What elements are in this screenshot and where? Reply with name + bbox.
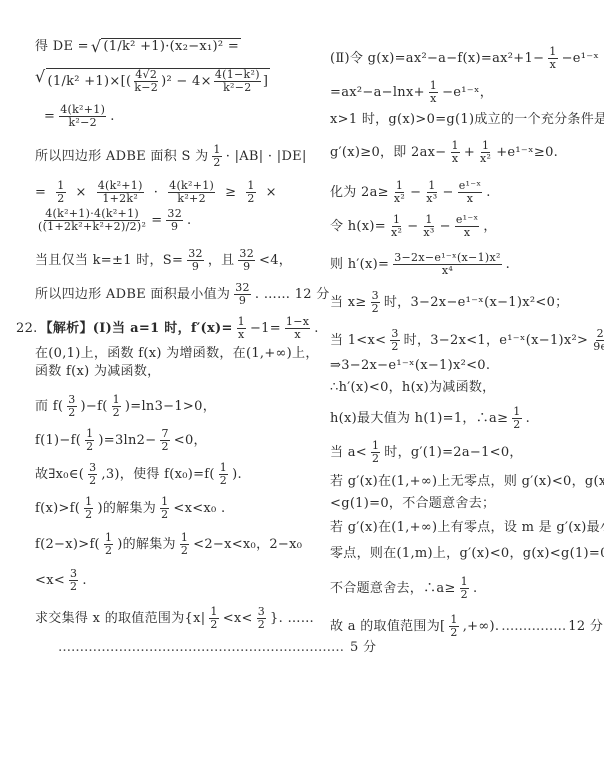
mid-text: ，且 <box>208 253 235 269</box>
eq-sign: = <box>44 109 55 125</box>
solution-set-line-3: <x< 32 . <box>35 568 87 593</box>
line-text: x>1 时，g(x)>0=g(1)成立的一个充分条件是： <box>330 112 604 128</box>
mid-text: )−f( <box>81 399 108 415</box>
sqrt-expression: √ (1/k² +1)× [( 4√2k−2 )² − 4× 4(1−k²)k²… <box>35 68 270 94</box>
case-between-line: 当 1<x< 32 时，3−2x<1，e¹⁻ˣ(x−1)x²> 29e >1 <box>330 328 604 353</box>
operator: − <box>443 185 454 201</box>
question-number: 22. <box>16 321 38 337</box>
eq-sign: = <box>151 213 162 229</box>
fraction: 329 <box>234 282 251 307</box>
tail-text: −e¹⁻ˣ <box>562 51 600 67</box>
fraction: 32 <box>390 328 399 353</box>
operator: · <box>154 185 158 201</box>
paren-open: [( <box>121 74 132 90</box>
mid-text: − <box>407 219 418 235</box>
score-label: 12 分 <box>568 619 603 635</box>
line-prefix: 得 DE = <box>35 39 89 55</box>
fraction: 12 <box>112 394 121 419</box>
exists-line: 故∃x₀∈( 32 ,3)，使得 f(x₀)=f( 12 ). <box>35 462 242 487</box>
compare-line-1: 而 f( 32 )−f( 12 )=ln3−1>0， <box>35 394 216 419</box>
tail-text: <2−x<x₀，2−x₀ <box>193 537 302 553</box>
fraction: 1x <box>429 80 438 105</box>
mid-text: )=3ln2− <box>98 433 156 449</box>
fraction: 12 <box>180 532 189 557</box>
tail-text: ). <box>232 467 242 483</box>
g-expand-line: =ax²−a−lnx+ 1x −e¹⁻ˣ， <box>330 80 493 105</box>
line-text: f(2−x)>f( <box>35 537 100 553</box>
sufficient-cond-line: x>1 时，g(x)>0=g(1)成立的一个充分条件是： <box>330 112 604 128</box>
line-text: 在(0,1)上，函数 f(x) 为增函数，在(1,+∞)上， <box>35 346 319 362</box>
fraction: 329 <box>238 248 255 273</box>
tail-text: . <box>82 573 86 589</box>
tail-text: <0， <box>174 433 207 449</box>
implies-line: ⇒3−2x−e¹⁻ˣ(x−1)x²<0. <box>330 358 490 374</box>
fraction: 4(k²+1)k²+2 <box>168 180 215 205</box>
compare-line-2: f(1)−f( 12 )=3ln2− 72 <0， <box>35 428 207 453</box>
de-expand-line: √ (1/k² +1)× [( 4√2k−2 )² − 4× 4(1−k²)k²… <box>35 68 270 94</box>
fraction: 12 <box>104 532 113 557</box>
line-text: 零点，则在(1,m)上，g′(x)<0，g(x)<g(1)=0， <box>330 546 604 562</box>
area-def-line: 所以四边形 ADBE 面积 S 为 12 · |AB| · |DE| <box>35 144 307 169</box>
tail-text: ， <box>483 219 496 235</box>
fraction: 4(k²+1)·4(k²+1)((1+2k²+k²+2)/2)² <box>37 208 147 233</box>
tail-text: <4， <box>259 253 292 269</box>
fraction: 32 <box>371 290 380 315</box>
tail-text: . <box>486 185 490 201</box>
line-text: h(x)最大值为 h(1)=1，∴a≥ <box>330 411 508 427</box>
fraction: 3−2x−e¹⁻ˣ(x−1)x²x⁴ <box>393 252 501 277</box>
radical-icon: √ <box>91 38 102 56</box>
fraction: 12 <box>209 606 218 631</box>
line-text: 若 g′(x)在(1,+∞)上有零点，设 m 是 g′(x)最小 <box>330 520 604 536</box>
radical-icon: √ <box>35 68 46 86</box>
fraction: 1x <box>451 140 460 165</box>
case-ge-line: 当 x≥ 32 时，3−2x−e¹⁻ˣ(x−1)x²<0； <box>330 290 568 315</box>
fraction: 4(k²+1)1+2k² <box>97 180 144 205</box>
line-text: 【解析】(Ⅰ)当 a=1 时，f′(x)= <box>40 321 233 337</box>
line-text: =ax²−a−lnx+ <box>330 85 425 101</box>
fraction: 1x² <box>390 214 403 239</box>
solution-set-line-1: f(x)>f( 12 )的解集为 12 <x<x₀ . <box>35 496 225 521</box>
line-text: <x< <box>35 573 65 589</box>
fraction: 4√2k−2 <box>133 69 159 94</box>
fraction: 1x³ <box>422 214 435 239</box>
fraction: 12 <box>371 440 380 465</box>
fraction: 12 <box>85 428 94 453</box>
tail-text: −e¹⁻ˣ， <box>442 85 493 101</box>
reduce-line: 化为 2a≥ 1x² − 1x³ − e¹⁻ˣx . <box>330 180 491 205</box>
sqrt-prefix: (1/k² +1)× <box>48 74 121 90</box>
line-text: ∴h′(x)<0，h(x)为减函数， <box>330 380 495 396</box>
tail-text: . <box>526 411 530 427</box>
has-zero-line-2: 零点，则在(1,m)上，g′(x)<0，g(x)<g(1)=0， <box>330 546 604 562</box>
operator: × <box>76 185 87 201</box>
de-result-line: = 4(k²+1)k²−2 . <box>44 104 115 129</box>
fraction: 12 <box>160 496 169 521</box>
fraction: 1x² <box>479 140 492 165</box>
solution-set-line-2: f(2−x)>f( 12 )的解集为 12 <2−x<x₀，2−x₀ <box>35 532 302 557</box>
fraction: 12 <box>84 496 93 521</box>
line-text: 当且仅当 k=±1 时，S= <box>35 253 183 269</box>
min-area-line: 所以四边形 ADBE 面积最小值为 329 . …… 12 分 <box>35 282 330 307</box>
fraction: 1x <box>548 46 557 71</box>
line-text: 令 h(x)= <box>330 219 386 235</box>
line-text: g′(x)≥0，即 2ax− <box>330 145 447 161</box>
fraction: 4(1−k²)k²−2 <box>214 69 261 94</box>
fraction: 12 <box>449 614 458 639</box>
tail-text: . <box>110 109 114 125</box>
sqrt-expression: √ (1/k² +1)·(x₂−x₁)² = <box>91 38 241 56</box>
fraction: 12 <box>460 576 469 601</box>
line-text: 若 g′(x)在(1,+∞)上无零点，则 g′(x)<0，g(x) <box>330 474 604 490</box>
decreasing-line: ∴h′(x)<0，h(x)为减函数， <box>330 380 495 396</box>
fraction: 12 <box>219 462 228 487</box>
operator: ≥ <box>225 185 236 201</box>
fraction: 329 <box>187 248 204 273</box>
fraction: 12 <box>56 180 65 205</box>
fraction: 12 <box>246 180 255 205</box>
line-text: ⇒3−2x−e¹⁻ˣ(x−1)x²<0. <box>330 358 490 374</box>
tail-text: )=ln3−1>0， <box>125 399 216 415</box>
fraction: 72 <box>160 428 169 453</box>
mid-text: + <box>464 145 475 161</box>
tail-text: +e¹⁻ˣ≥0. <box>496 145 558 161</box>
operator: − <box>440 219 451 235</box>
fraction: 1x² <box>393 180 406 205</box>
mid-text: )的解集为 <box>97 501 156 517</box>
reject-line: 不合题意舍去，∴a≥ 12 . <box>330 576 477 601</box>
line-text: (Ⅱ)令 g(x)=ax²−a−f(x)=ax²+1− <box>330 51 544 67</box>
h-max-line: h(x)最大值为 h(1)=1，∴a≥ 12 . <box>330 406 530 431</box>
line-text: 所以四边形 ADBE 面积 S 为 <box>35 149 208 165</box>
line-text: 所以四边形 ADBE 面积最小值为 <box>35 287 230 303</box>
monotonic-line-1: 在(0,1)上，函数 f(x) 为增函数，在(1,+∞)上， <box>35 346 319 362</box>
line-text: 当 a< <box>330 445 367 461</box>
line-text: 故 a 的取值范围为[ <box>330 619 445 635</box>
area-bound-line: 4(k²+1)·4(k²+1)((1+2k²+k²+2)/2)² = 329 . <box>35 208 191 233</box>
h-prime-line: 则 h′(x)= 3−2x−e¹⁻ˣ(x−1)x²x⁴ . <box>330 252 510 277</box>
de-length-line: 得 DE = √ (1/k² +1)·(x₂−x₁)² = <box>35 38 241 56</box>
fraction: e¹⁻ˣx <box>458 180 483 205</box>
h-def-line: 令 h(x)= 1x² − 1x³ − e¹⁻ˣx ， <box>330 214 497 239</box>
fraction: 32 <box>257 606 266 631</box>
line-text: 函数 f(x) 为减函数， <box>35 364 160 380</box>
fraction: 32 <box>69 568 78 593</box>
mid-text: − <box>410 185 421 201</box>
q22-header-line: 22. 【解析】(Ⅰ)当 a=1 时，f′(x)= 1x −1= 1−xx . <box>16 316 319 341</box>
line-text: 故∃x₀∈( <box>35 467 84 483</box>
line-text: <g(1)=0，不合题意舍去； <box>330 496 495 512</box>
tail-text: 时，g′(1)=2a−1<0， <box>384 445 522 461</box>
fraction: 32 <box>67 394 76 419</box>
mid-text: −1= <box>250 321 281 337</box>
line-text: f(x)>f( <box>35 501 80 517</box>
fraction: 32 <box>88 462 97 487</box>
fraction: 12 <box>212 144 221 169</box>
final-answer-line: 故 a 的取值范围为[ 12 ,+∞). …………… 12 分 <box>330 614 603 639</box>
tail-text: ] <box>263 74 268 90</box>
tail-text: . <box>506 257 510 273</box>
right-column: (Ⅱ)令 g(x)=ax²−a−f(x)=ax²+1− 1x −e¹⁻ˣ =ax… <box>300 0 604 776</box>
mid-text: )² − 4× <box>161 74 212 90</box>
mid-text: ,3)，使得 f(x₀)=f( <box>101 467 214 483</box>
left-column: 得 DE = √ (1/k² +1)·(x₂−x₁)² = √ (1/k² +1… <box>0 0 300 776</box>
tail-text: 时，3−2x−e¹⁻ˣ(x−1)x²<0； <box>384 295 569 311</box>
no-zero-line-1: 若 g′(x)在(1,+∞)上无零点，则 g′(x)<0，g(x) <box>330 474 604 490</box>
lead-text: = <box>35 185 46 201</box>
mid-text: )的解集为 <box>117 537 176 553</box>
fraction: 1x <box>237 316 246 341</box>
line-text: 则 h′(x)= <box>330 257 389 273</box>
mid-text: ,+∞). <box>463 619 500 635</box>
line-text: 当 x≥ <box>330 295 367 311</box>
fraction: 1x³ <box>425 180 438 205</box>
operator: × <box>266 185 277 201</box>
g-def-line: (Ⅱ)令 g(x)=ax²−a−f(x)=ax²+1− 1x −e¹⁻ˣ <box>330 46 599 71</box>
mid-text: <x< <box>223 611 253 627</box>
leader-dots: …………… <box>501 619 566 635</box>
equality-case-line: 当且仅当 k=±1 时，S= 329 ，且 329 <4， <box>35 248 292 273</box>
exam-solution-page: 得 DE = √ (1/k² +1)·(x₂−x₁)² = √ (1/k² +1… <box>0 0 604 776</box>
fraction: e¹⁻ˣx <box>455 214 480 239</box>
tail-text: . <box>473 581 477 597</box>
line-text: 当 1<x< <box>330 333 386 349</box>
sqrt-content: (1/k² +1)·(x₂−x₁)² = <box>101 38 241 55</box>
line-text: 而 f( <box>35 399 63 415</box>
fraction: 12 <box>512 406 521 431</box>
line-text: f(1)−f( <box>35 433 81 449</box>
fraction: 4(k²+1)k²−2 <box>59 104 106 129</box>
tail-text: . <box>187 213 191 229</box>
case-a-less-line: 当 a< 12 时，g′(1)=2a−1<0， <box>330 440 523 465</box>
monotonic-line-2: 函数 f(x) 为减函数， <box>35 364 160 380</box>
g-prime-line: g′(x)≥0，即 2ax− 1x + 1x² +e¹⁻ˣ≥0. <box>330 140 558 165</box>
line-text: 求交集得 x 的取值范围为{x| <box>35 611 205 627</box>
line-text: 不合题意舍去，∴a≥ <box>330 581 456 597</box>
fraction: 29e <box>592 328 604 353</box>
tail-text: · |AB| · |DE| <box>226 149 307 165</box>
mid-text: 时，3−2x<1，e¹⁻ˣ(x−1)x²> <box>404 333 589 349</box>
no-zero-line-2: <g(1)=0，不合题意舍去； <box>330 496 495 512</box>
line-text: 化为 2a≥ <box>330 185 389 201</box>
tail-text: <x<x₀ . <box>173 501 225 517</box>
has-zero-line-1: 若 g′(x)在(1,+∞)上有零点，设 m 是 g′(x)最小 <box>330 520 604 536</box>
fraction: 329 <box>166 208 183 233</box>
intersection-line: 求交集得 x 的取值范围为{x| 12 <x< 32 }. …… <box>35 606 314 631</box>
area-expand-line: = 12 × 4(k²+1)1+2k² · 4(k²+1)k²+2 ≥ 12 × <box>35 180 277 205</box>
